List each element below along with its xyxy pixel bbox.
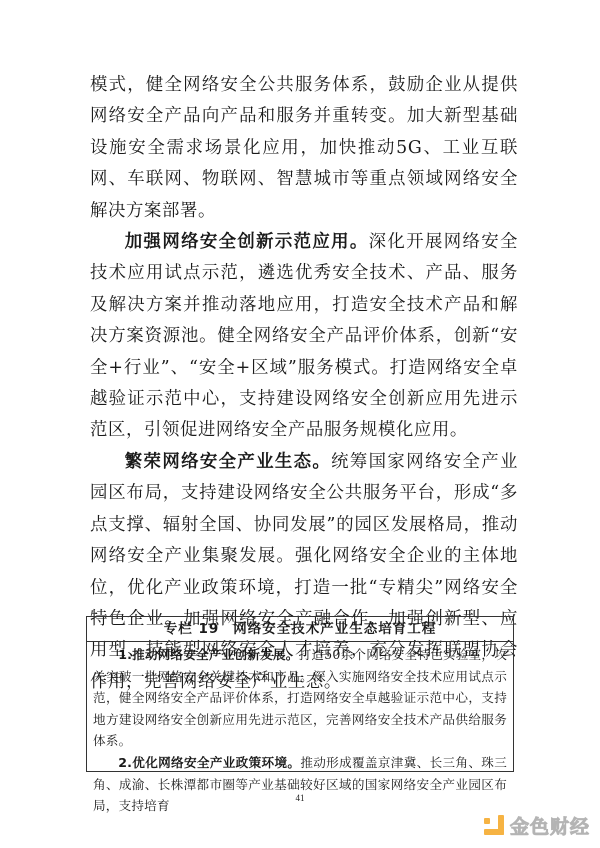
box-item-text: 打造50余个网络安全特色实验室，攻关突破一批网络安全关键技术和产品。深入实施网络…: [93, 647, 507, 748]
document-page: 模式，健全网络安全公共服务体系，鼓励企业从提供网络安全产品向产品和服务并重转变。…: [0, 0, 600, 848]
watermark: 金色财经: [484, 811, 590, 839]
paragraph-lead: 繁荣网络安全产业生态。: [125, 452, 331, 472]
box-number: 专栏 19: [164, 621, 220, 637]
box-item-lead: 1.推动网络安全产业创新发展。: [118, 647, 298, 662]
box-item-lead: 2.优化网络安全产业政策环境。: [118, 755, 300, 770]
box-body: 1.推动网络安全产业创新发展。打造50余个网络安全特色实验室，攻关突破一批网络安…: [87, 642, 513, 817]
paragraph-text: 深化开展网络安全技术应用试点示范，遴选优秀安全技术、产品、服务及解决方案并推动落…: [90, 232, 518, 440]
box-item: 1.推动网络安全产业创新发展。打造50余个网络安全特色实验室，攻关突破一批网络安…: [93, 644, 507, 752]
box-title-text: 网络安全技术产业生态培育工程: [233, 621, 436, 637]
paragraph-text: 模式，健全网络安全公共服务体系，鼓励企业从提供网络安全产品向产品和服务并重转变。…: [90, 75, 518, 221]
paragraph-innovation-demo: 加强网络安全创新示范应用。深化开展网络安全技术应用试点示范，遴选优秀安全技术、产…: [90, 227, 518, 447]
jinse-logo-icon: [484, 815, 504, 835]
box-title: 专栏 19网络安全技术产业生态培育工程: [87, 617, 513, 642]
paragraph-intro: 模式，健全网络安全公共服务体系，鼓励企业从提供网络安全产品向产品和服务并重转变。…: [90, 70, 518, 227]
special-column-box: 专栏 19网络安全技术产业生态培育工程 1.推动网络安全产业创新发展。打造50余…: [86, 616, 514, 772]
box-item: 2.优化网络安全产业政策环境。推动形成覆盖京津冀、长三角、珠三角、成渝、长株潭都…: [93, 752, 507, 817]
body-text: 模式，健全网络安全公共服务体系，鼓励企业从提供网络安全产品向产品和服务并重转变。…: [90, 70, 518, 698]
watermark-text: 金色财经: [510, 812, 590, 839]
page-number: 41: [0, 793, 600, 803]
paragraph-lead: 加强网络安全创新示范应用。: [125, 232, 369, 252]
